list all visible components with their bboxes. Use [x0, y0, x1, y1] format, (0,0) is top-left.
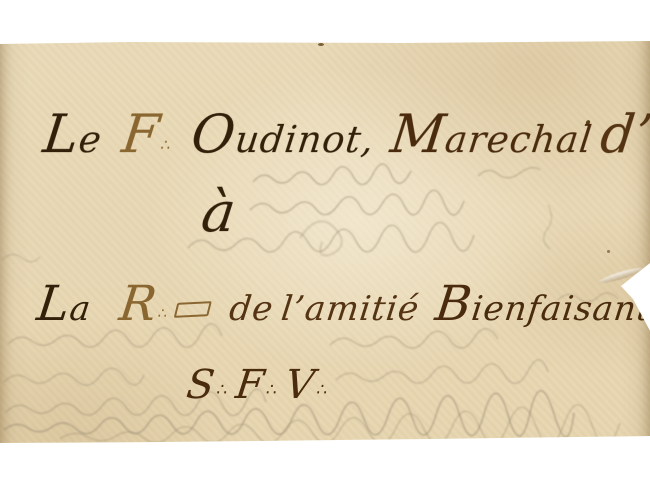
masonic-brother-abbreviation: F∴ — [119, 104, 176, 165]
word-de: de — [227, 289, 276, 329]
three-dots-icon: ∴ — [265, 379, 278, 399]
lodge-symbol-icon — [173, 289, 212, 329]
word-marechal: Marechal — [387, 104, 596, 165]
letter-v-abbreviation: V∴ — [283, 362, 331, 408]
recipient-line: LaR∴del’amitiéBienfaisante — [34, 276, 650, 332]
preposition-line: à — [198, 180, 256, 245]
sender-line: LeF∴Oudinot,Marechald’Empire — [40, 104, 650, 165]
word-a: à — [198, 180, 240, 245]
scanned-manuscript: LeF∴Oudinot,Marechald’Empire à LaR∴del’a… — [0, 0, 650, 488]
word-lamitie: l’amitié — [279, 289, 422, 329]
masonic-lodge-abbreviation: R∴ — [116, 276, 171, 332]
word-la: La — [34, 276, 95, 332]
three-dots-icon: ∴ — [157, 306, 168, 322]
word-le: Le — [40, 104, 106, 165]
letter-f-abbreviation: F∴ — [233, 362, 280, 408]
paper-sheet: LeF∴Oudinot,Marechald’Empire à LaR∴del’a… — [0, 0, 650, 488]
three-dots-icon: ∴ — [215, 379, 228, 399]
word-dempire: d’Empire — [597, 104, 650, 165]
word-oudinot: Oudinot, — [188, 104, 379, 165]
valediction-line: S∴F∴V∴ — [184, 362, 347, 408]
three-dots-icon: ∴ — [160, 136, 172, 154]
ink-speck — [607, 250, 610, 253]
bleedthrough-script — [0, 0, 650, 488]
letter-s-abbreviation: S∴ — [184, 362, 231, 408]
word-bienfaisante: Bienfaisante — [432, 276, 650, 332]
three-dots-icon: ∴ — [315, 379, 328, 399]
ink-speck — [318, 43, 324, 46]
